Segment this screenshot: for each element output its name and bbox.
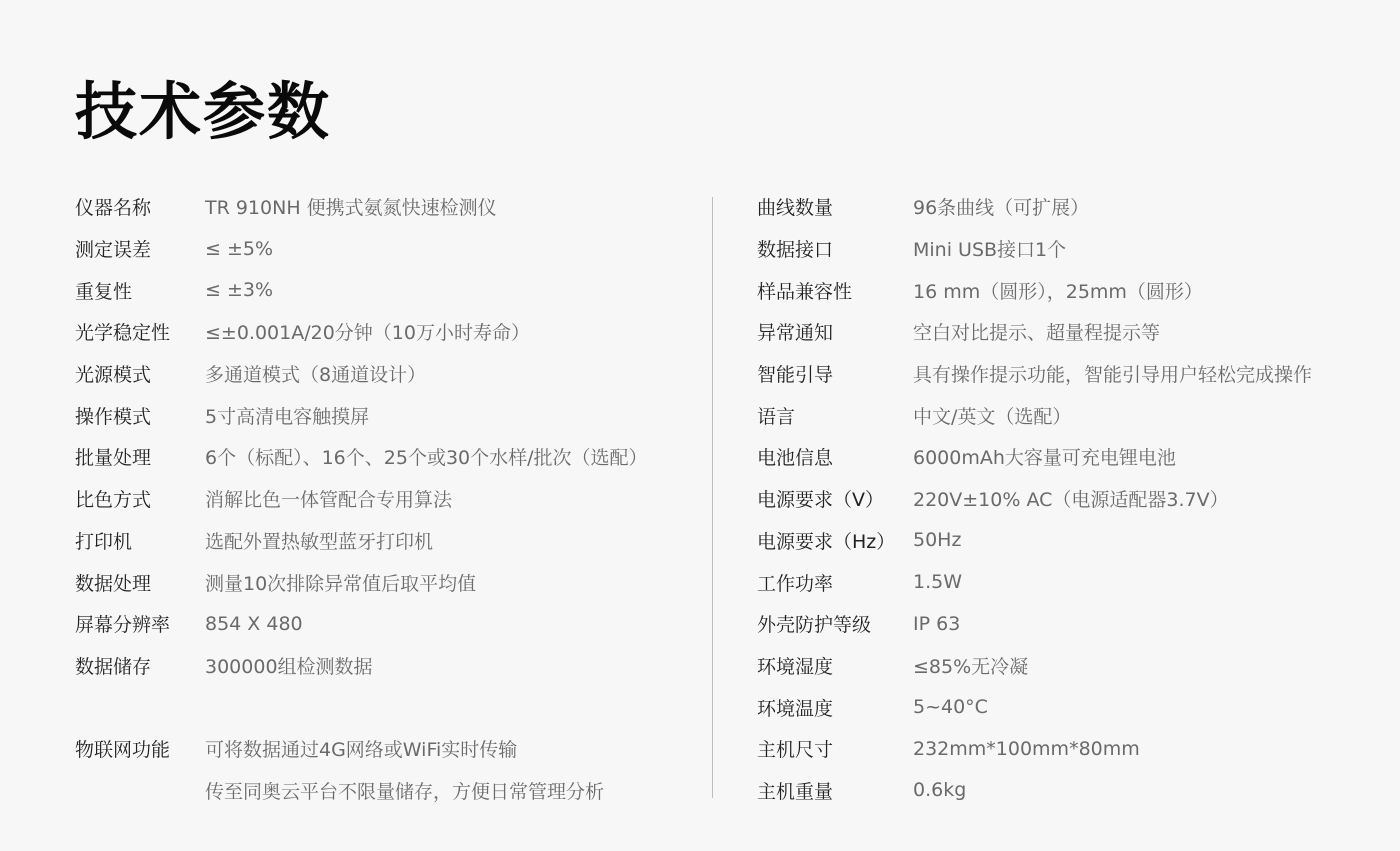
spec-value: 6000mAh大容量可充电锂电池: [913, 443, 1176, 470]
spec-label: 数据接口: [757, 235, 913, 262]
spec-label: 电池信息: [757, 443, 913, 470]
spec-label: 打印机: [75, 527, 205, 554]
spec-row-light-source-mode: 光源模式多通道模式（8通道设计）: [75, 353, 705, 395]
spec-row-colorimetric-method: 比色方式消解比色一体管配合专用算法: [75, 478, 705, 520]
spec-value: 具有操作提示功能，智能引导用户轻松完成操作: [913, 360, 1312, 387]
spec-label: 测定误差: [75, 235, 205, 262]
spec-row-ambient-humidity: 环境湿度≤85%无冷凝: [757, 645, 1397, 687]
spec-row-repeatability: 重复性≤ ±3%: [75, 269, 705, 311]
spec-label: 智能引导: [757, 360, 913, 387]
spec-label: 光学稳定性: [75, 318, 205, 345]
spec-value: ≤ ±5%: [205, 238, 273, 260]
spec-row-data-storage: 数据储存300000组检测数据: [75, 645, 705, 687]
spec-label: 主机重量: [757, 777, 913, 804]
spec-label: 数据处理: [75, 569, 205, 596]
spec-value: IP 63: [913, 613, 960, 635]
column-divider: [712, 197, 713, 798]
spec-table-right: 曲线数量96条曲线（可扩展） 数据接口Mini USB接口1个 样品兼容性16 …: [757, 186, 1397, 811]
spec-row-language: 语言中文/英文（选配）: [757, 394, 1397, 436]
spec-row-curve-count: 曲线数量96条曲线（可扩展）: [757, 186, 1397, 228]
spec-row-smart-guidance: 智能引导具有操作提示功能，智能引导用户轻松完成操作: [757, 353, 1397, 395]
spec-value: 300000组检测数据: [205, 652, 373, 679]
spec-row-power-voltage: 电源要求（V）220V±10% AC（电源适配器3.7V）: [757, 478, 1397, 520]
spec-label: 外壳防护等级: [757, 610, 913, 637]
spec-label: 样品兼容性: [757, 277, 913, 304]
spec-value: 220V±10% AC（电源适配器3.7V）: [913, 485, 1229, 512]
spec-label: 数据储存: [75, 652, 205, 679]
spec-label: 比色方式: [75, 485, 205, 512]
spec-label: 曲线数量: [757, 193, 913, 220]
spec-value: ≤ ±3%: [205, 279, 273, 301]
spec-value: 中文/英文（选配）: [913, 402, 1071, 429]
spec-row-battery: 电池信息6000mAh大容量可充电锂电池: [757, 436, 1397, 478]
spec-label: 仪器名称: [75, 193, 205, 220]
spec-row-ambient-temperature: 环境温度5~40°C: [757, 686, 1397, 728]
spec-label: 重复性: [75, 277, 205, 304]
spec-row-sample-compatibility: 样品兼容性16 mm（圆形），25mm（圆形）: [757, 269, 1397, 311]
spec-label: 操作模式: [75, 402, 205, 429]
spec-value: 消解比色一体管配合专用算法: [205, 485, 452, 512]
spec-row-power-frequency: 电源要求（Hz）50Hz: [757, 520, 1397, 562]
spec-row-protection-rating: 外壳防护等级IP 63: [757, 603, 1397, 645]
spec-row-host-dimensions: 主机尺寸232mm*100mm*80mm: [757, 728, 1397, 770]
spec-value: ≤±0.001A/20分钟（10万小时寿命）: [205, 318, 530, 345]
spec-value: 232mm*100mm*80mm: [913, 738, 1140, 760]
spec-row-iot-function: 物联网功能可将数据通过4G网络或WiFi实时传输: [75, 728, 705, 770]
spec-value: 96条曲线（可扩展）: [913, 193, 1089, 220]
spec-row-data-processing: 数据处理测量10次排除异常值后取平均值: [75, 561, 705, 603]
spec-value: Mini USB接口1个: [913, 235, 1066, 262]
spec-table-left: 仪器名称TR 910NH 便携式氨氮快速检测仪 测定误差≤ ±5% 重复性≤ ±…: [75, 186, 705, 811]
spec-value: 16 mm（圆形），25mm（圆形）: [913, 277, 1203, 304]
spec-value: 传至同奥云平台不限量储存，方便日常管理分析: [205, 777, 604, 804]
spec-label: 语言: [757, 402, 913, 429]
spec-row-instrument-name: 仪器名称TR 910NH 便携式氨氮快速检测仪: [75, 186, 705, 228]
spec-row-batch-processing: 批量处理6个（标配）、16个、25个或30个水样/批次（选配）: [75, 436, 705, 478]
spec-label: 工作功率: [757, 569, 913, 596]
spec-label: 光源模式: [75, 360, 205, 387]
spec-value: 可将数据通过4G网络或WiFi实时传输: [205, 735, 517, 762]
spec-value: 选配外置热敏型蓝牙打印机: [205, 527, 433, 554]
spec-row-printer: 打印机选配外置热敏型蓝牙打印机: [75, 520, 705, 562]
spec-row-operation-mode: 操作模式5寸高清电容触摸屏: [75, 394, 705, 436]
spec-value: 6个（标配）、16个、25个或30个水样/批次（选配）: [205, 443, 648, 470]
spec-value: 854 X 480: [205, 613, 303, 635]
spec-row-measurement-error: 测定误差≤ ±5%: [75, 228, 705, 270]
spec-value: 测量10次排除异常值后取平均值: [205, 569, 476, 596]
spec-value: 5寸高清电容触摸屏: [205, 402, 369, 429]
spec-value: 空白对比提示、超量程提示等: [913, 318, 1160, 345]
spec-row-working-power: 工作功率1.5W: [757, 561, 1397, 603]
spec-label: 异常通知: [757, 318, 913, 345]
spec-label: 电源要求（V）: [757, 485, 913, 512]
page-title: 技术参数: [75, 72, 331, 152]
spec-label: 环境湿度: [757, 652, 913, 679]
spec-value: ≤85%无冷凝: [913, 652, 1028, 679]
spec-value: 多通道模式（8通道设计）: [205, 360, 426, 387]
spec-label: 批量处理: [75, 443, 205, 470]
spacer-row: [75, 686, 705, 728]
spec-row-screen-resolution: 屏幕分辨率854 X 480: [75, 603, 705, 645]
spec-row-optical-stability: 光学稳定性≤±0.001A/20分钟（10万小时寿命）: [75, 311, 705, 353]
spec-label: 屏幕分辨率: [75, 610, 205, 637]
spec-row-host-weight: 主机重量0.6kg: [757, 770, 1397, 812]
spec-label: 主机尺寸: [757, 735, 913, 762]
spec-row-abnormal-notification: 异常通知空白对比提示、超量程提示等: [757, 311, 1397, 353]
spec-label: 物联网功能: [75, 735, 205, 762]
spec-value: 1.5W: [913, 571, 962, 593]
spec-value: TR 910NH 便携式氨氮快速检测仪: [205, 193, 497, 220]
spec-value: 5~40°C: [913, 696, 988, 718]
spec-row-iot-function-continued: 传至同奥云平台不限量储存，方便日常管理分析: [75, 770, 705, 812]
spec-row-data-interface: 数据接口Mini USB接口1个: [757, 228, 1397, 270]
spec-label: 环境温度: [757, 694, 913, 721]
spec-label: 电源要求（Hz）: [757, 527, 913, 554]
spec-value: 0.6kg: [913, 779, 966, 801]
spec-value: 50Hz: [913, 529, 961, 551]
